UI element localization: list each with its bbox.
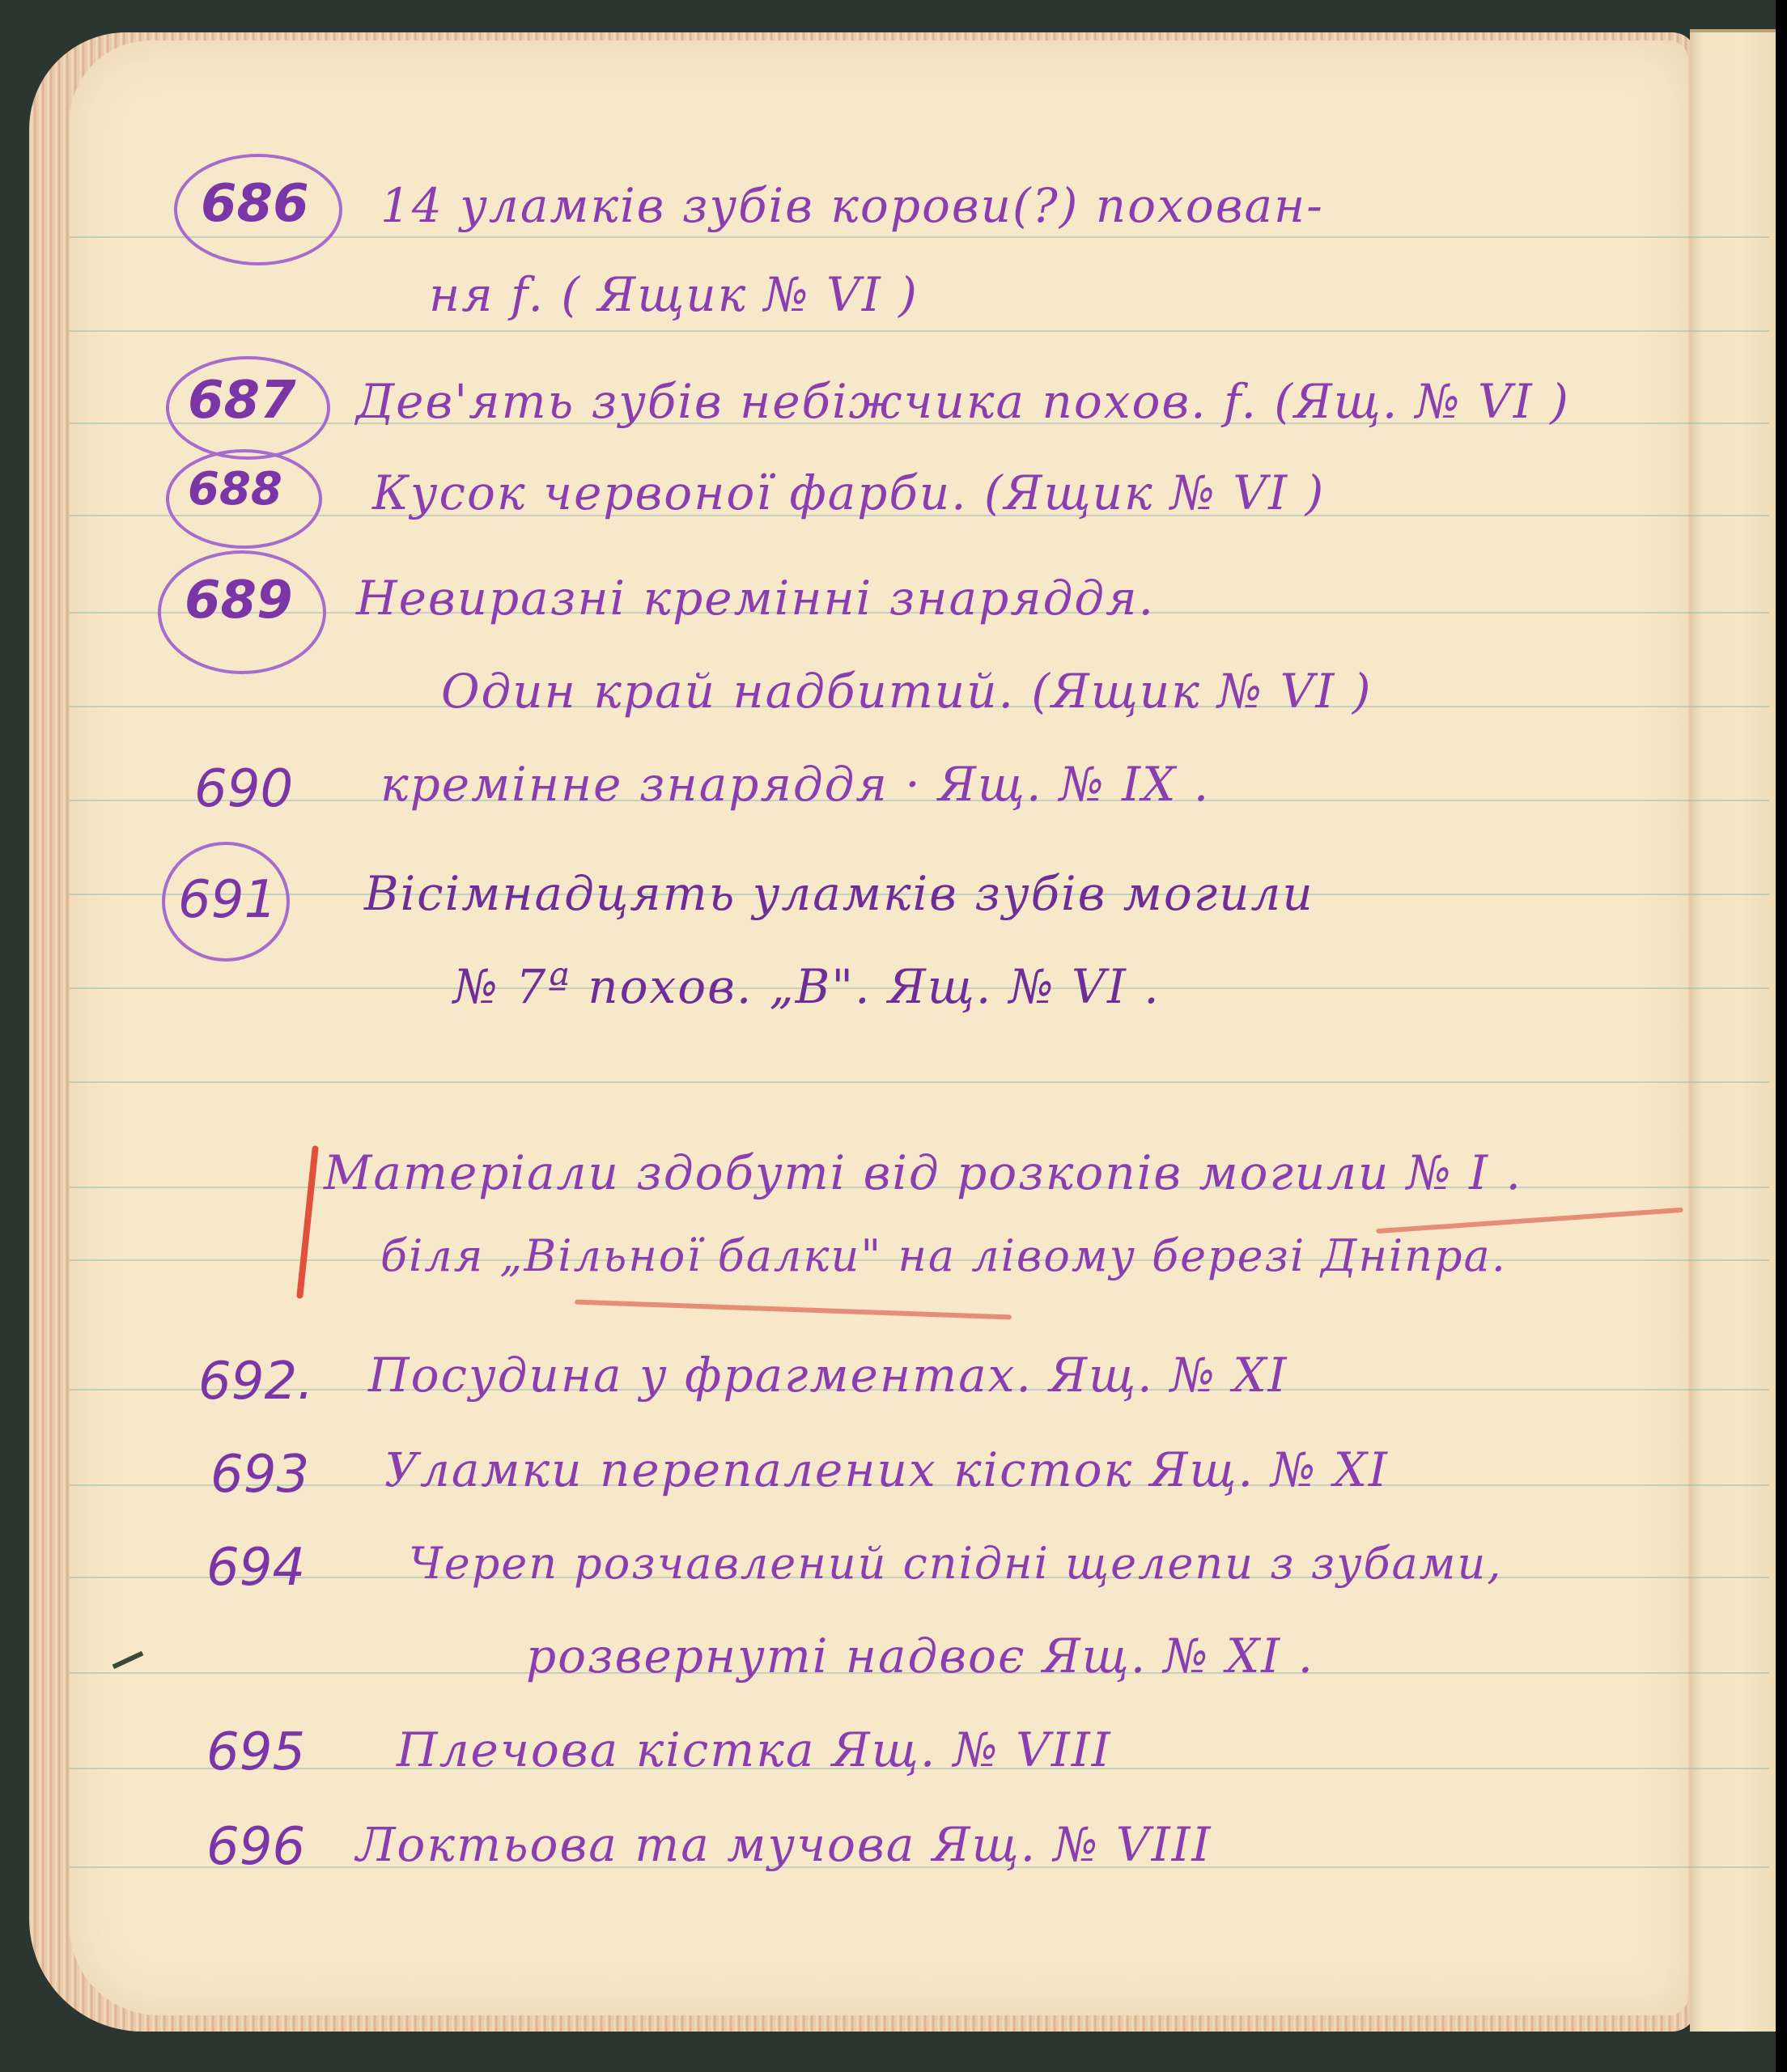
entry-688-line-1: Кусок червоної фарби. (Ящик № VI ) [372,465,1325,520]
notebook-page [70,40,1688,2015]
section-header-line-1: Матеріали здобуті від розкопів могили № … [324,1145,1522,1200]
entry-693-line-1: Уламки перепалених кісток Ящ. № XI [384,1442,1389,1497]
entry-number-686: 686 [201,174,309,234]
ruled-line [70,1081,1769,1083]
ruled-line [70,330,1769,332]
entry-694-line-2: розвернуті надвоє Ящ. № XI . [526,1628,1314,1683]
entry-number-687: 687 [188,371,296,431]
section-header-line-2: біля „Вільної балки" на лівому березі Дн… [380,1230,1507,1281]
entry-number-688: 688 [188,463,282,516]
entry-690-line-1: кремінне знаряддя · Ящ. № IX . [380,757,1210,812]
entry-number-689: 689 [185,571,293,631]
entry-686-line-1: 14 уламків зубів корови(?) похован- [380,178,1324,233]
cover-edge [1776,0,1787,2072]
entry-695-line-1: Плечова кістка Ящ. № VIII [397,1722,1112,1777]
entry-691-line-1: Вісімнадцять уламків зубів могили [364,866,1314,921]
entry-number-695: 695 [206,1722,305,1782]
entry-694-line-1: Череп розчавлений спідні щелепи з зубами… [409,1538,1502,1589]
entry-number-696: 696 [206,1817,305,1877]
entry-number-693: 693 [210,1445,309,1505]
entry-number-690: 690 [194,759,293,819]
entry-number-692: 692. [198,1352,314,1412]
entry-696-line-1: Локтьова та мучова Ящ. № VIII [356,1817,1212,1872]
entry-689-line-1: Невиразні кремінні знаряддя. [356,571,1155,626]
entry-692-line-1: Посудина у фрагментах. Ящ. № XI [368,1348,1288,1403]
entry-687-line-1: Дев'ять зубів небіжчика похов. f. (Ящ. №… [356,374,1570,429]
entry-686-line-2: ня f. ( Ящик № VI ) [429,267,919,322]
entry-number-691: 691 [178,870,277,930]
entry-689-line-2: Один край надбитий. (Ящик № VI ) [441,664,1372,719]
entry-691-line-2: № 7ª похов. „В". Ящ. № VI . [453,959,1161,1014]
entry-number-694: 694 [206,1538,305,1598]
